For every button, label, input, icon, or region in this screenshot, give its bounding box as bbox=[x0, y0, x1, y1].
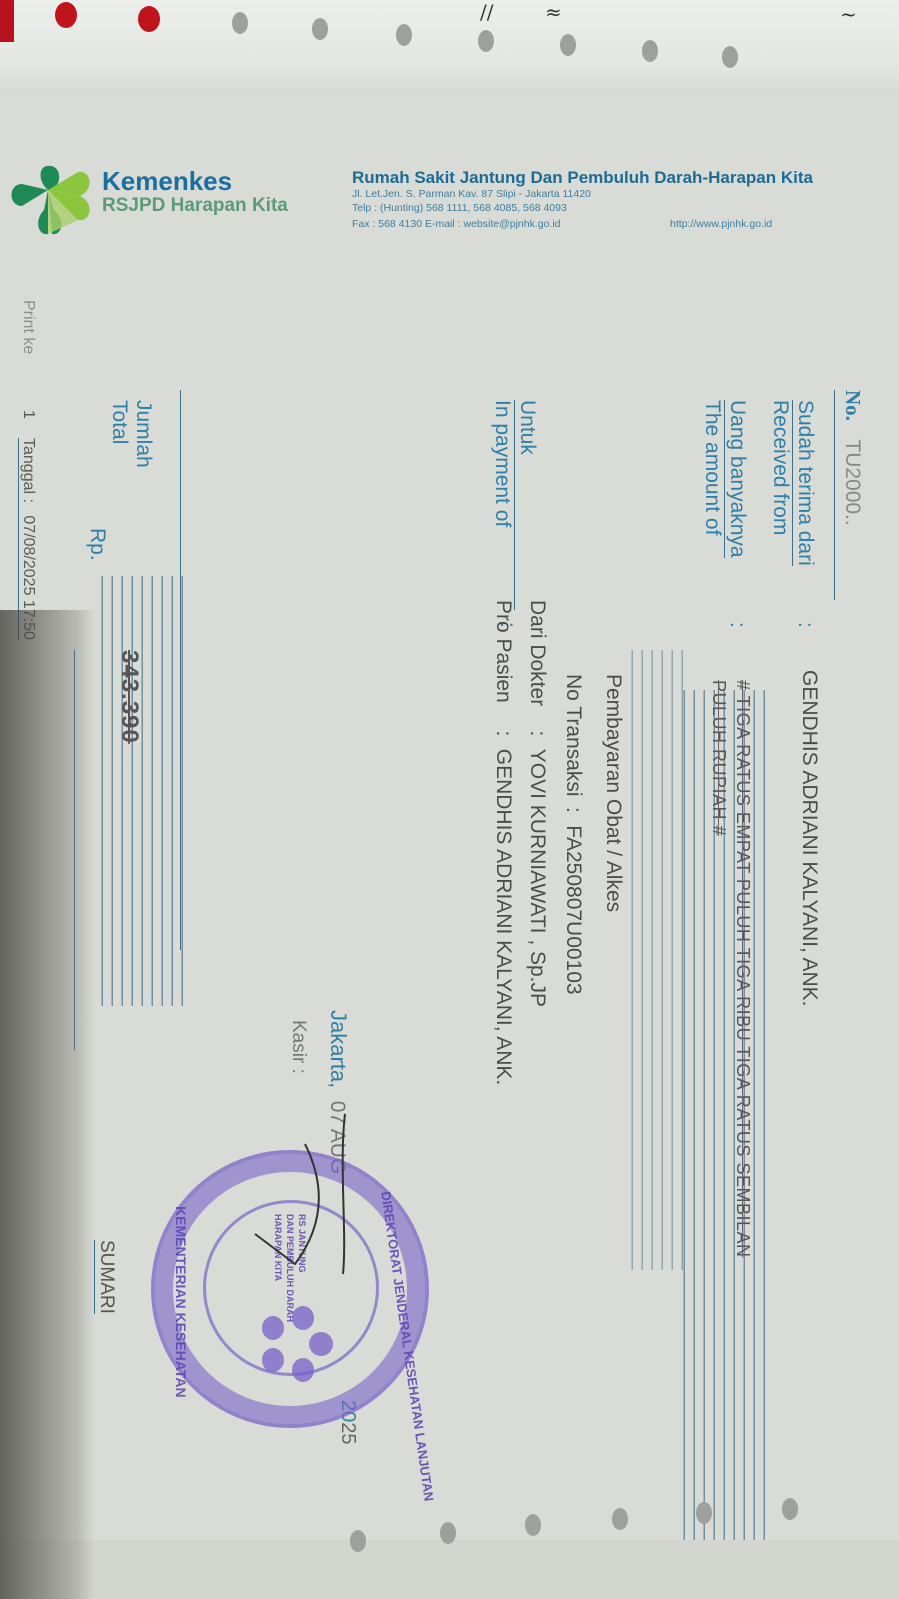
punch-hole bbox=[525, 1514, 541, 1536]
colon: : bbox=[492, 730, 515, 736]
stamp-emblem-icon bbox=[255, 1304, 335, 1384]
punch-hole bbox=[350, 1530, 366, 1552]
patient-value: GENDHIS ADRIANI KALYANI, ANK. bbox=[492, 749, 515, 1085]
punch-hole bbox=[722, 46, 738, 68]
punch-hole bbox=[782, 1498, 798, 1520]
amount-words-line2: PULUH RUPIAH # bbox=[708, 680, 729, 836]
hospital-name: Rumah Sakit Jantung Dan Pembuluh Darah-H… bbox=[352, 168, 813, 188]
receipt-number-value: TU2000.. bbox=[841, 439, 864, 525]
amount-security-hatch bbox=[629, 650, 689, 1270]
binder-strip-bottom bbox=[0, 1540, 899, 1599]
hospital-website: http://www.pjnhk.go.id bbox=[670, 218, 772, 230]
cashier-label: Kasir : bbox=[287, 1020, 309, 1074]
received-from-label-id: Sudah terima dari bbox=[792, 400, 817, 566]
receipt-body: No. TU2000.. Sudah terima dari Received … bbox=[0, 390, 899, 1550]
punch-hole bbox=[55, 2, 77, 28]
kemenkes-logo-icon bbox=[8, 160, 93, 240]
punch-hole bbox=[440, 1522, 456, 1544]
stamp-outer-bottom: KEMENTERIAN KESEHATAN bbox=[173, 1206, 189, 1398]
punch-hole bbox=[560, 34, 576, 56]
received-from-label-en: Received from bbox=[768, 400, 792, 566]
punch-hole bbox=[478, 30, 494, 52]
printed-at: Tanggal : 07/08/2025 17:50 bbox=[18, 438, 37, 640]
patient-label: Pro Pasien bbox=[491, 600, 515, 720]
punch-hole bbox=[642, 40, 658, 62]
received-from-value: GENDHIS ADRIANI KALYANI, ANK. bbox=[797, 670, 821, 1006]
payment-item: Pembayaran Obat / Alkes bbox=[601, 674, 625, 912]
transaction-row: No Transaksi : FA250807U00103 bbox=[561, 674, 585, 995]
hospital-address: Jl. Let.Jen. S. Parman Kav. 87 Slipi - J… bbox=[352, 188, 591, 200]
red-tab bbox=[0, 0, 14, 42]
place-label: Jakarta, bbox=[326, 1010, 351, 1088]
doctor-row: Dari Dokter : YOVI KURNIAWATI , Sp.JP bbox=[525, 600, 549, 1007]
punch-hole bbox=[696, 1502, 712, 1524]
hospital-fax-email: Fax : 568 4130 E-mail : website@pjnhk.go… bbox=[352, 218, 561, 230]
payment-label-en: In payment of bbox=[490, 400, 514, 610]
punch-hole bbox=[138, 6, 160, 32]
hospital-phone: Telp : (Hunting) 568 1111, 568 4085, 568… bbox=[352, 202, 567, 214]
handwriting: ~ bbox=[840, 2, 857, 26]
payment-label-id: Untuk bbox=[514, 400, 539, 610]
punch-hole bbox=[612, 1508, 628, 1530]
year-suffix: 25 bbox=[337, 1422, 359, 1444]
punch-hole bbox=[396, 24, 412, 46]
colon: : bbox=[526, 730, 549, 736]
stamp-outer-top: DIREKTORAT JENDERAL KESEHATAN LANJUTAN bbox=[378, 1190, 436, 1502]
printed-at-label: Tanggal : bbox=[20, 438, 37, 503]
payment-label: Untuk In payment of bbox=[490, 400, 539, 610]
letterhead: Kemenkes RSJPD Harapan Kita Rumah Sakit … bbox=[0, 140, 899, 250]
print-count-label: Print ke bbox=[19, 300, 37, 354]
amount-words-line1: # TIGA RATUS EMPAT PULUH TIGA RIBU TIGA … bbox=[732, 680, 753, 1257]
transaction-label: No Transaksi bbox=[562, 674, 585, 797]
amount-label-id: Uang banyaknya bbox=[724, 400, 749, 558]
brand-primary: Kemenkes bbox=[102, 166, 232, 197]
divider bbox=[74, 650, 75, 1050]
handwriting: ≈ bbox=[545, 0, 562, 24]
receipt-number-row: No. TU2000.. bbox=[825, 390, 865, 600]
brand-secondary: RSJPD Harapan Kita bbox=[102, 195, 288, 217]
cashier-name: SUMARI bbox=[94, 1240, 117, 1314]
colon: : bbox=[562, 807, 585, 813]
punch-hole bbox=[312, 18, 328, 40]
doctor-value: YOVI KURNIAWATI , Sp.JP bbox=[526, 749, 549, 1007]
amount-label-en: The amount of bbox=[700, 400, 724, 558]
punch-hole bbox=[232, 12, 248, 34]
doctor-label: Dari Dokter bbox=[525, 600, 549, 720]
signature bbox=[245, 1114, 365, 1314]
currency: Rp. bbox=[85, 528, 109, 561]
total-security-hatch bbox=[97, 576, 189, 1006]
divider bbox=[834, 390, 835, 600]
transaction-value: FA250807U00103 bbox=[562, 825, 585, 994]
colon: : bbox=[793, 622, 817, 628]
printed-at-value: 07/08/2025 17:50 bbox=[20, 515, 37, 640]
patient-row: Pro Pasien : GENDHIS ADRIANI KALYANI, AN… bbox=[491, 600, 515, 1085]
print-count-value: 1 bbox=[19, 410, 37, 419]
handwriting: // bbox=[480, 0, 493, 24]
received-from-label: Sudah terima dari Received from bbox=[768, 400, 817, 566]
binder-strip-top: ~ // ≈ bbox=[0, 0, 899, 95]
amount-label: Uang banyaknya The amount of bbox=[700, 400, 749, 558]
total-amount: 343.390 bbox=[115, 650, 143, 744]
receipt-number-label: No. bbox=[841, 390, 865, 421]
official-stamp: DIREKTORAT JENDERAL KESEHATAN LANJUTAN K… bbox=[151, 1150, 429, 1428]
colon: : bbox=[725, 622, 749, 628]
total-label-id: Jumlah bbox=[131, 400, 155, 468]
total-label-en: Total bbox=[107, 400, 131, 468]
total-label: Jumlah Total bbox=[107, 400, 155, 468]
